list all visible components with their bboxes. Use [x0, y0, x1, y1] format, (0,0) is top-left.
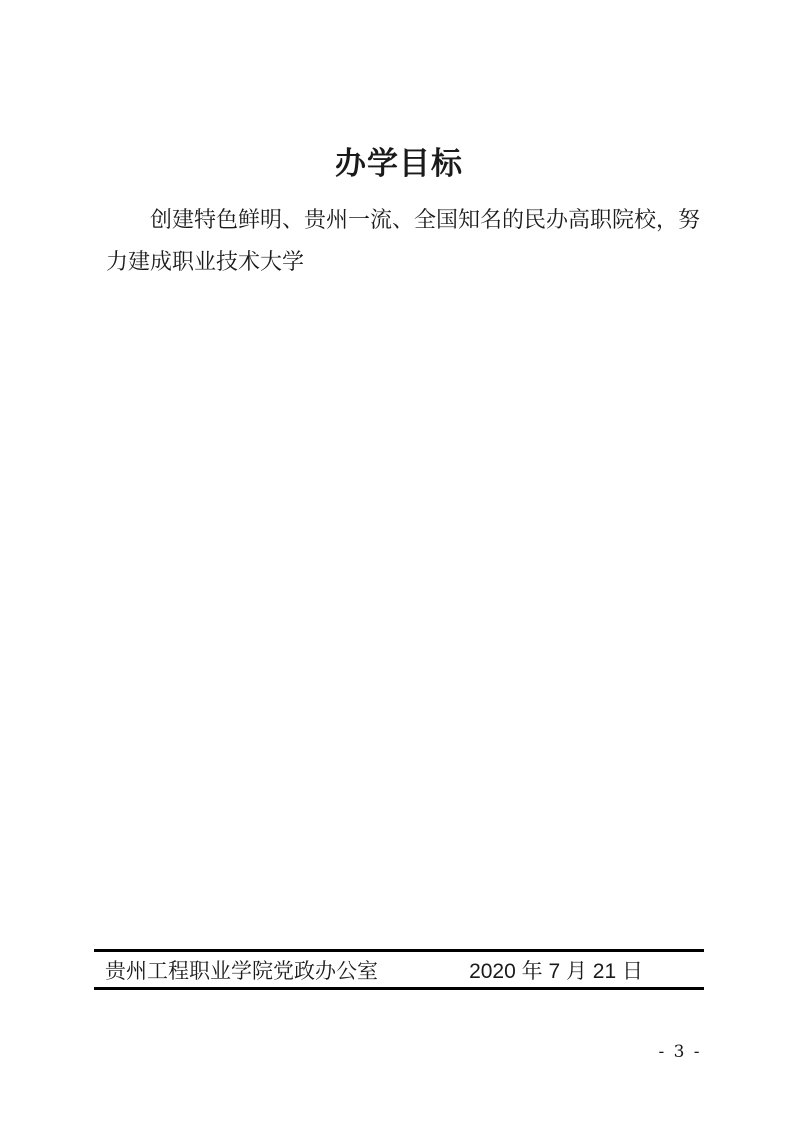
body-line-1: 创建特色鲜明、贵州一流、全国知名的民办高职院校，努 [106, 199, 706, 241]
body-paragraph: 创建特色鲜明、贵州一流、全国知名的民办高职院校，努 力建成职业技术大学 [106, 199, 706, 283]
document-footer: 贵州工程职业学院党政办公室 2020 年 7 月 21 日 [94, 949, 704, 990]
document-page: 办学目标 创建特色鲜明、贵州一流、全国知名的民办高职院校，努 力建成职业技术大学… [0, 0, 800, 1132]
page-title: 办学目标 [94, 144, 704, 184]
footer-issuer: 贵州工程职业学院党政办公室 [105, 955, 378, 985]
body-line-2: 力建成职业技术大学 [106, 241, 706, 283]
page-number: - 3 - [645, 1042, 715, 1062]
footer-date: 2020 年 7 月 21 日 [469, 955, 643, 985]
